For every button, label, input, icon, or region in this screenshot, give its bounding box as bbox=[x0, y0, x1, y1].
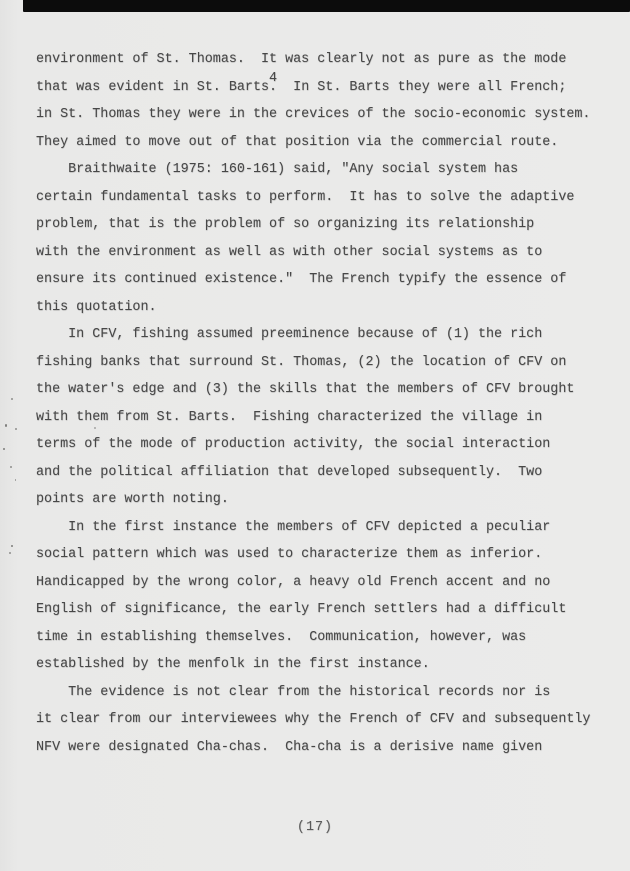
scan-speck bbox=[94, 427, 96, 429]
text-line: time in establishing themselves. Communi… bbox=[36, 624, 616, 652]
text-segment: . In St. Barts they were all French; bbox=[269, 80, 566, 95]
text-line: points are worth noting. bbox=[36, 486, 616, 514]
text-line: established by the menfolk in the first … bbox=[36, 651, 616, 679]
text-line: problem, that is the problem of so organ… bbox=[36, 211, 616, 239]
page-number: (17) bbox=[0, 820, 630, 835]
scan-speck bbox=[11, 545, 13, 547]
text-line: with the environment as well as with oth… bbox=[36, 239, 616, 267]
scan-speck bbox=[10, 466, 12, 468]
text-line: ensure its continued existence." The Fre… bbox=[36, 266, 616, 294]
typewritten-text-block: environment of St. Thomas. It was clearl… bbox=[36, 46, 616, 761]
scan-speck bbox=[3, 448, 5, 450]
text-line: it clear from our interviewees why the F… bbox=[36, 706, 616, 734]
text-line: certain fundamental tasks to perform. It… bbox=[36, 184, 616, 212]
text-line: social pattern which was used to charact… bbox=[36, 541, 616, 569]
text-segment: that was evident in St. Barts bbox=[36, 80, 269, 95]
text-line: The evidence is not clear from the histo… bbox=[36, 679, 616, 707]
text-line: the water's edge and (3) the skills that… bbox=[36, 376, 616, 404]
scan-speck bbox=[11, 398, 13, 400]
text-line: Handicapped by the wrong color, a heavy … bbox=[36, 569, 616, 597]
text-line: environment of St. Thomas. It was clearl… bbox=[36, 46, 616, 74]
text-line: NFV were designated Cha-chas. Cha-cha is… bbox=[36, 734, 616, 762]
text-line: and the political affiliation that devel… bbox=[36, 459, 616, 487]
text-line: fishing banks that surround St. Thomas, … bbox=[36, 349, 616, 377]
scan-speck bbox=[9, 552, 11, 554]
text-line: They aimed to move out of that position … bbox=[36, 129, 616, 157]
text-line: English of significance, the early Frenc… bbox=[36, 596, 616, 624]
text-line: in St. Thomas they were in the crevices … bbox=[36, 101, 616, 129]
scan-edge-bar bbox=[23, 0, 630, 12]
text-line: that was evident in St. Barts4. In St. B… bbox=[36, 74, 616, 102]
text-line: terms of the mode of production activity… bbox=[36, 431, 616, 459]
scan-speck bbox=[5, 424, 7, 427]
scan-speck bbox=[15, 479, 16, 481]
scan-speck bbox=[15, 428, 17, 430]
text-line: In CFV, fishing assumed preeminence beca… bbox=[36, 321, 616, 349]
text-line: Braithwaite (1975: 160-161) said, "Any s… bbox=[36, 156, 616, 184]
text-line: this quotation. bbox=[36, 294, 616, 322]
text-line: with them from St. Barts. Fishing charac… bbox=[36, 404, 616, 432]
text-line: In the first instance the members of CFV… bbox=[36, 514, 616, 542]
